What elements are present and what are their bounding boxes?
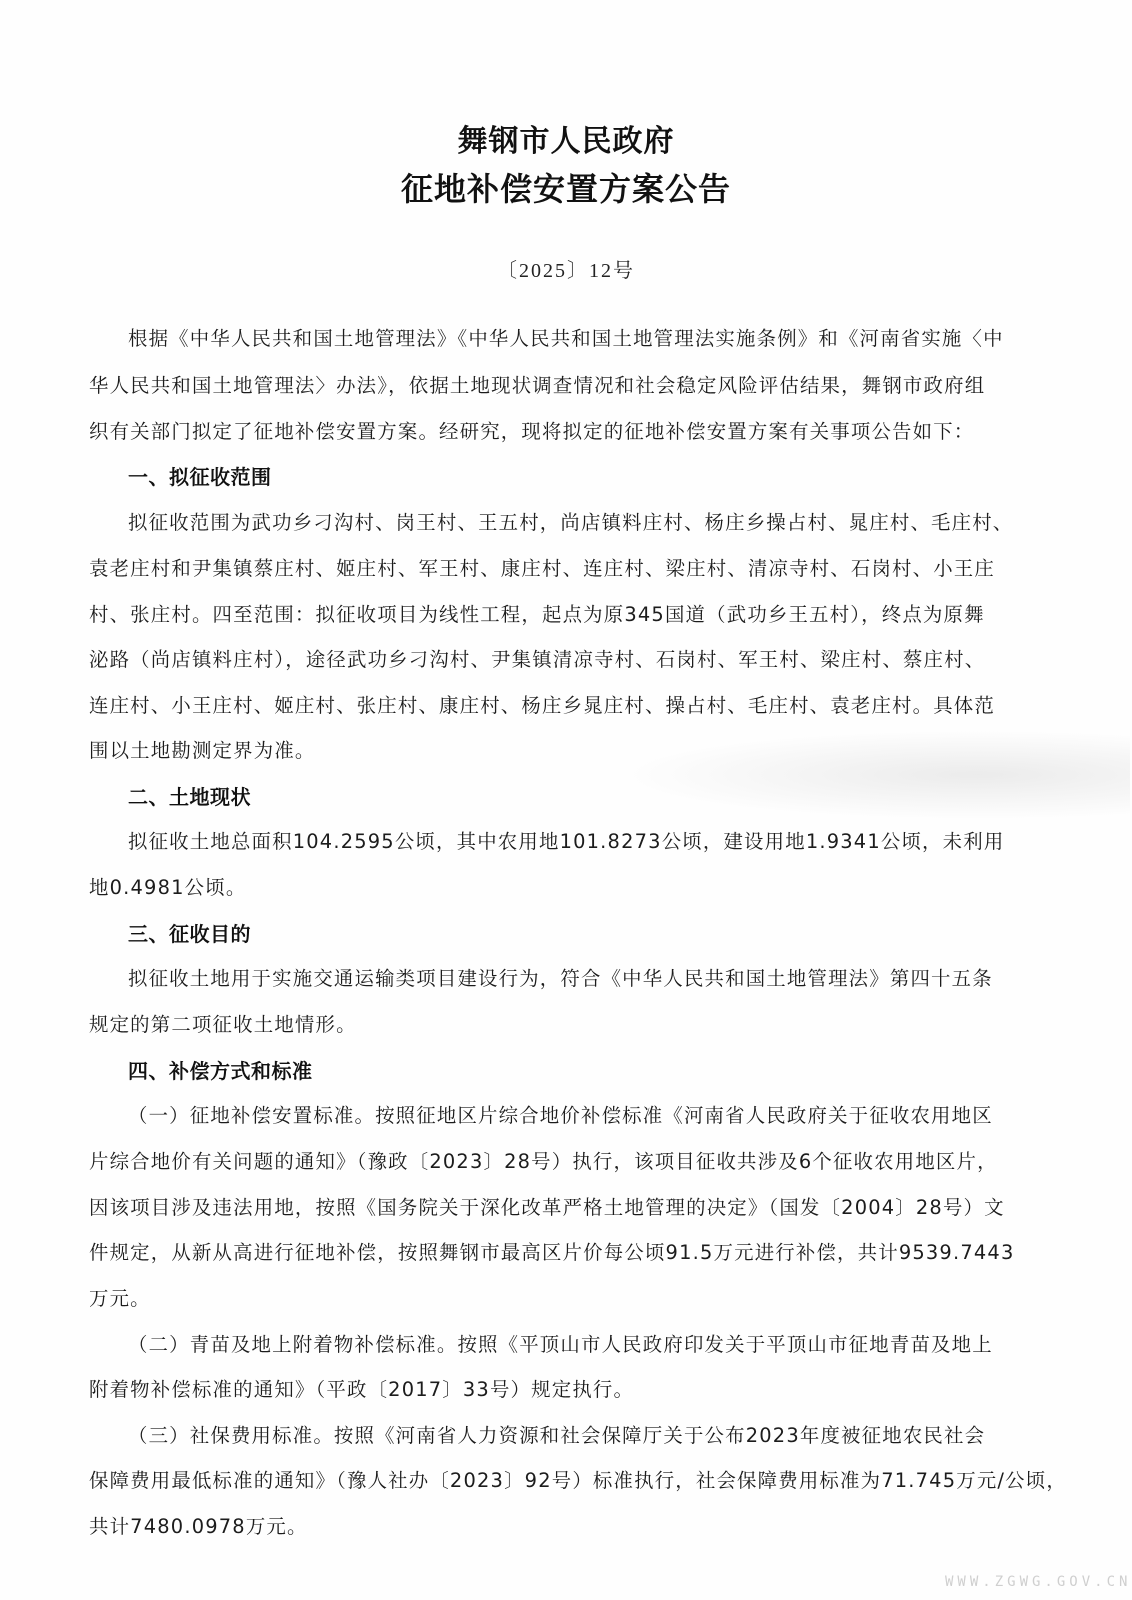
section-heading-scope: 一、拟征收范围: [128, 463, 272, 491]
section-heading-purpose: 三、征收目的: [128, 920, 251, 948]
document-page: 舞钢市人民政府 征地补偿安置方案公告 〔2025〕12号 根据《中华人民共和国土…: [0, 0, 1132, 1600]
website-watermark: WWW.ZGWG.GOV.CN: [945, 1574, 1131, 1590]
paragraph-line: （三）社保费用标准。按照《河南省人力资源和社会保障厅关于公布2023年度被征地农…: [128, 1422, 1033, 1450]
intro-line: 织有关部门拟定了征地补偿安置方案。经研究，现将拟定的征地补偿安置方案有关事项公告…: [89, 418, 1033, 446]
paragraph-line: 围以土地勘测定界为准。: [89, 737, 1033, 765]
paragraph-line: 万元。: [89, 1285, 1033, 1313]
paragraph-line: 因该项目涉及违法用地，按照《国务院关于深化改革严格土地管理的决定》（国发〔200…: [89, 1194, 1033, 1222]
paragraph-line: 连庄村、小王庄村、姬庄村、张庄村、康庄村、杨庄乡晁庄村、操占村、毛庄村、袁老庄村…: [89, 692, 1033, 720]
paragraph-line: 共计7480.0978万元。: [89, 1513, 1033, 1541]
intro-line: 根据《中华人民共和国土地管理法》《中华人民共和国土地管理法实施条例》和《河南省实…: [128, 325, 1033, 353]
paragraph-line: （一）征地补偿安置标准。按照征地区片综合地价补偿标准《河南省人民政府关于征收农用…: [128, 1102, 1033, 1130]
paragraph-line: 件规定，从新从高进行征地补偿，按照舞钢市最高区片价每公顷91.5万元进行补偿，共…: [89, 1239, 1033, 1267]
paragraph-line: （二）青苗及地上附着物补偿标准。按照《平顶山市人民政府印发关于平顶山市征地青苗及…: [128, 1331, 1033, 1359]
paragraph-line: 拟征收土地总面积104.2595公顷，其中农用地101.8273公顷，建设用地1…: [128, 828, 1033, 856]
paragraph-line: 袁老庄村和尹集镇蔡庄村、姬庄村、军王村、康庄村、连庄村、梁庄村、清凉寺村、石岗村…: [89, 555, 1033, 583]
paragraph-line: 附着物补偿标准的通知》（平政〔2017〕33号）规定执行。: [89, 1376, 1033, 1404]
document-number: 〔2025〕12号: [0, 254, 1132, 283]
paragraph-line: 拟征收范围为武功乡刁沟村、岗王村、王五村，尚店镇料庄村、杨庄乡操占村、晁庄村、毛…: [128, 509, 1033, 537]
paragraph-line: 泌路（尚店镇料庄村），途径武功乡刁沟村、尹集镇清凉寺村、石岗村、军王村、梁庄村、…: [89, 646, 1033, 674]
paragraph-line: 拟征收土地用于实施交通运输类项目建设行为，符合《中华人民共和国土地管理法》第四十…: [128, 965, 1033, 993]
notice-title: 征地补偿安置方案公告: [0, 164, 1132, 210]
intro-line: 华人民共和国土地管理法〉办法》，依据土地现状调查情况和社会稳定风险评估结果，舞钢…: [89, 372, 1033, 400]
paragraph-line: 村、张庄村。四至范围：拟征收项目为线性工程，起点为原345国道（武功乡王五村），…: [89, 601, 1033, 629]
paragraph-line: 片综合地价有关问题的通知》（豫政〔2023〕28号）执行，该项目征收共涉及6个征…: [89, 1148, 1033, 1176]
paragraph-line: 保障费用最低标准的通知》（豫人社办〔2023〕92号）标准执行，社会保障费用标准…: [89, 1467, 1033, 1495]
paragraph-line: 规定的第二项征收土地情形。: [89, 1011, 1033, 1039]
section-heading-compensation: 四、补偿方式和标准: [128, 1057, 313, 1085]
paragraph-line: 地0.4981公顷。: [89, 874, 1033, 902]
section-heading-land-status: 二、土地现状: [128, 783, 251, 811]
issuer-title: 舞钢市人民政府: [0, 116, 1132, 160]
